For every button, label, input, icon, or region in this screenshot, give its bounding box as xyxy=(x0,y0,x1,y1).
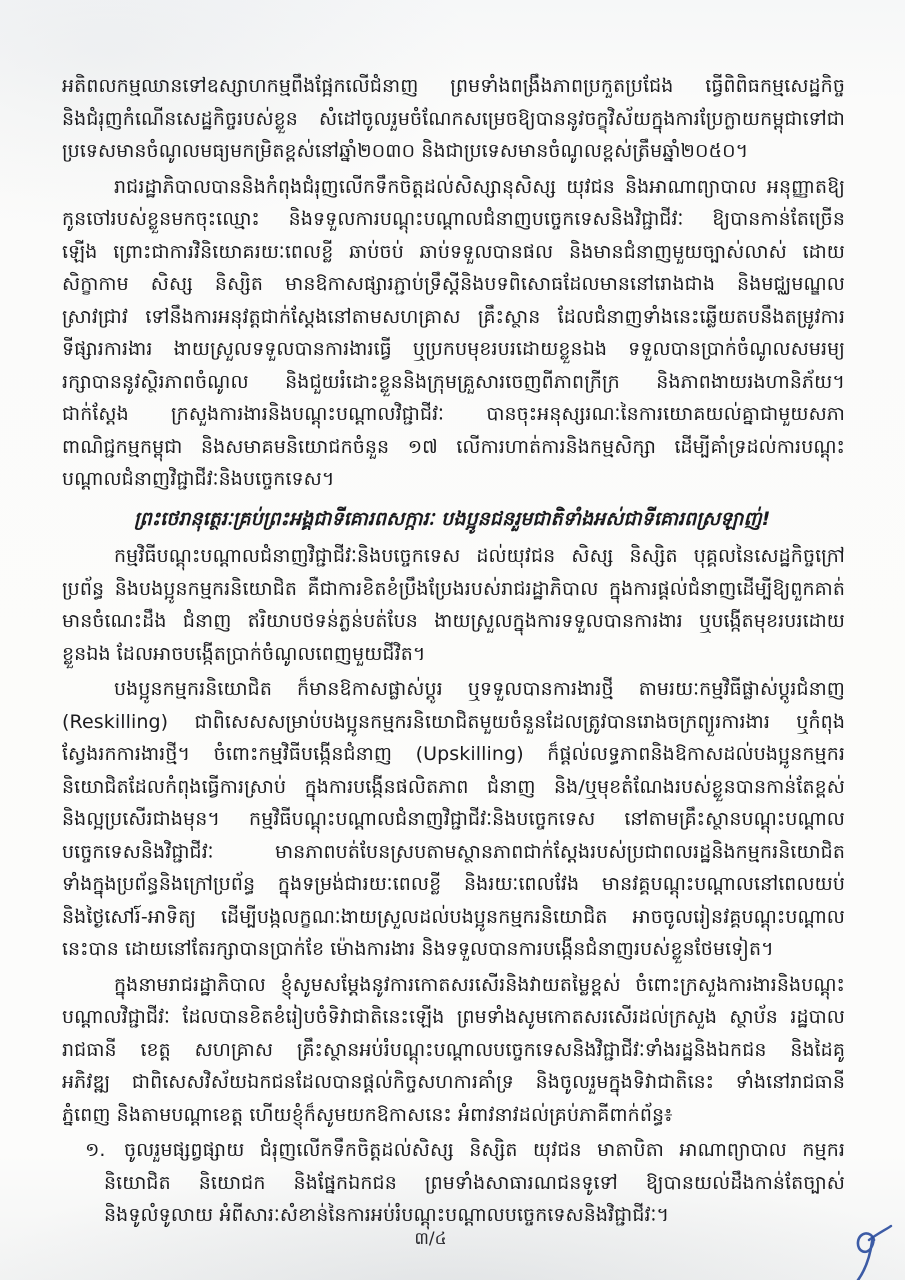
text-line: និយោជិតដែលកំពុងធ្វើការស្រាប់ ក្នុងការបង្… xyxy=(62,771,845,804)
text-line: រាជរដ្ឋាភិបាលបាននិងកំពុងជំរុញលើកទឹកចិត្ត… xyxy=(62,171,845,204)
text-line: និងល្អប្រសើរជាងមុន។ កម្មវិធីបណ្តុះបណ្តាល… xyxy=(62,803,845,836)
paragraph: កម្មវិធីបណ្តុះបណ្តាលជំនាញវិជ្ជាជីវៈនិងបច… xyxy=(62,540,845,670)
text-line: ក្នុងនាមរាជរដ្ឋាភិបាល ខ្ញុំសូមសម្តែងនូវក… xyxy=(62,969,845,1002)
text-line: កម្មវិធីបណ្តុះបណ្តាលជំនាញវិជ្ជាជីវៈនិងបច… xyxy=(62,540,845,573)
paragraph: បងប្អូនកម្មករនិយោជិត ក៏មានឱកាសផ្លាស់ប្តូ… xyxy=(62,673,845,966)
text-line: និងទូលំទូលាយ អំពីសារៈសំខាន់នៃការអប់រំបណ្… xyxy=(104,1199,845,1232)
text-line: ឡើង ព្រោះជាការវិនិយោគរយៈពេលខ្លី ឆាប់ចប់ … xyxy=(62,236,845,269)
paragraph: ក្នុងនាមរាជរដ្ឋាភិបាល ខ្ញុំសូមសម្តែងនូវក… xyxy=(62,969,845,1132)
text-line: កូនចៅរបស់ខ្លួនមកចុះឈ្មោះ និងទទួលការបណ្តុ… xyxy=(62,203,845,236)
text-line: ប្រព័ន្ធ និងបងប្អូនកម្មករនិយោជិត គឺជាការ… xyxy=(62,573,845,606)
text-line: សិក្ខាកាម សិស្ស និស្សិត មានឱកាសផ្សារភ្ជា… xyxy=(62,268,845,301)
paragraph: រាជរដ្ឋាភិបាលបាននិងកំពុងជំរុញលើកទឹកចិត្ត… xyxy=(62,171,845,496)
text-line: ភ្នំពេញ និងតាមបណ្តាខេត្ត ហើយខ្ញុំក៏សូមយក… xyxy=(62,1099,845,1132)
numbered-list-item: ១. ចូលរួមផ្សព្វផ្សាយ ជំរុញលើកទឹកចិត្តដល់… xyxy=(62,1134,845,1232)
signature-icon xyxy=(841,1222,901,1280)
text-line: និយោជិត និយោជក និងផ្នែកឯកជន ព្រមទាំងសាធា… xyxy=(104,1167,845,1200)
text-line: អតិពលកម្មឈានទៅឧស្សាហកម្មពឹងផ្អែកលើជំនាញ … xyxy=(62,70,845,103)
heading-line: ព្រះថេរានុត្ថេរៈគ្រប់ព្រះអង្គជាទីគោរពសក្… xyxy=(62,503,845,536)
page-number: ៣/៤ xyxy=(0,1228,861,1253)
text-line: នេះបាន ដោយនៅតែរក្សាបានប្រាក់ខែ ម៉ោងការងា… xyxy=(62,933,845,966)
text-line: និងជំរុញកំណើនសេដ្ឋកិច្ចរបស់ខ្លួន សំដៅចូល… xyxy=(62,103,845,136)
paragraph: អតិពលកម្មឈានទៅឧស្សាហកម្មពឹងផ្អែកលើជំនាញ … xyxy=(62,70,845,168)
text-line: មានចំណេះដឹង ជំនាញ ឥរិយាបថទន់ភ្លន់បត់បែន … xyxy=(62,605,845,638)
text-line: ទីផ្សារការងារ ងាយស្រួលទទួលបានការងារធ្វើ … xyxy=(62,333,845,366)
list-number: ១. xyxy=(85,1134,105,1167)
text-line: (Reskilling) ជាពិសេសសម្រាប់បងប្អូនកម្មករ… xyxy=(62,706,845,739)
text-line: ទាំងក្នុងប្រព័ន្ធនិងក្រៅប្រព័ន្ធ ក្នុងទម… xyxy=(62,868,845,901)
text-line: រក្សាបាននូវស្ថិរភាពចំណូល និងជួយរំដោះខ្លួ… xyxy=(62,366,845,399)
text-line: អភិវឌ្ឍ ជាពិសេសវិស័យឯកជនដែលបានផ្តល់កិច្ច… xyxy=(62,1066,845,1099)
text-line: បច្ចេកទេសនិងវិជ្ជាជីវៈ មានភាពបត់បែនស្របត… xyxy=(62,836,845,869)
text-line: ចូលរួមផ្សព្វផ្សាយ ជំរុញលើកទឹកចិត្តដល់សិស… xyxy=(104,1134,845,1167)
salutation-heading: ព្រះថេរានុត្ថេរៈគ្រប់ព្រះអង្គជាទីគោរពសក្… xyxy=(62,503,845,536)
text-line: បណ្តាលវិជ្ជាជីវៈ ដែលបានខិតខំរៀបចំទិវាជាត… xyxy=(62,1001,845,1034)
text-line: ជាក់ស្តែង ក្រសួងការងារនិងបណ្តុះបណ្តាលវិជ… xyxy=(62,398,845,431)
scanned-document-page: { "document": { "language": "Khmer", "pa… xyxy=(0,0,905,1280)
text-line: បងប្អូនកម្មករនិយោជិត ក៏មានឱកាសផ្លាស់ប្តូ… xyxy=(62,673,845,706)
text-line: ស្រាវជ្រាវ ទៅនឹងការអនុវត្តជាក់ស្តែងនៅតាម… xyxy=(62,301,845,334)
text-line: ប្រទេសមានចំណូលមធ្យមកម្រិតខ្ពស់នៅឆ្នាំ២០៣… xyxy=(62,135,845,168)
text-line: ខ្លួនឯង ដែលអាចបង្កើតប្រាក់ចំណូលពេញមួយជីវ… xyxy=(62,638,845,671)
text-line: ស្វែងរកការងារថ្មី។ ចំពោះកម្មវិធីបង្កើនជំ… xyxy=(62,738,845,771)
text-line: ពាណិជ្ជកម្មកម្ពុជា និងសមាគមនិយោជកចំនួន ១… xyxy=(62,431,845,464)
text-line: បណ្តាលជំនាញវិជ្ជាជីវៈនិងបច្ចេកទេស។ xyxy=(62,463,845,496)
text-line: និងថ្ងៃសៅរ៍-អាទិត្យ ដើម្បីបង្កលក្ខណៈងាយស… xyxy=(62,901,845,934)
handwritten-initial-mark xyxy=(841,1222,901,1280)
text-line: រាជធានី ខេត្ត សហគ្រាស គ្រឹះស្ថានអប់រំបណ្… xyxy=(62,1034,845,1067)
document-text-block: អតិពលកម្មឈានទៅឧស្សាហកម្មពឹងផ្អែកលើជំនាញ … xyxy=(62,70,845,1232)
